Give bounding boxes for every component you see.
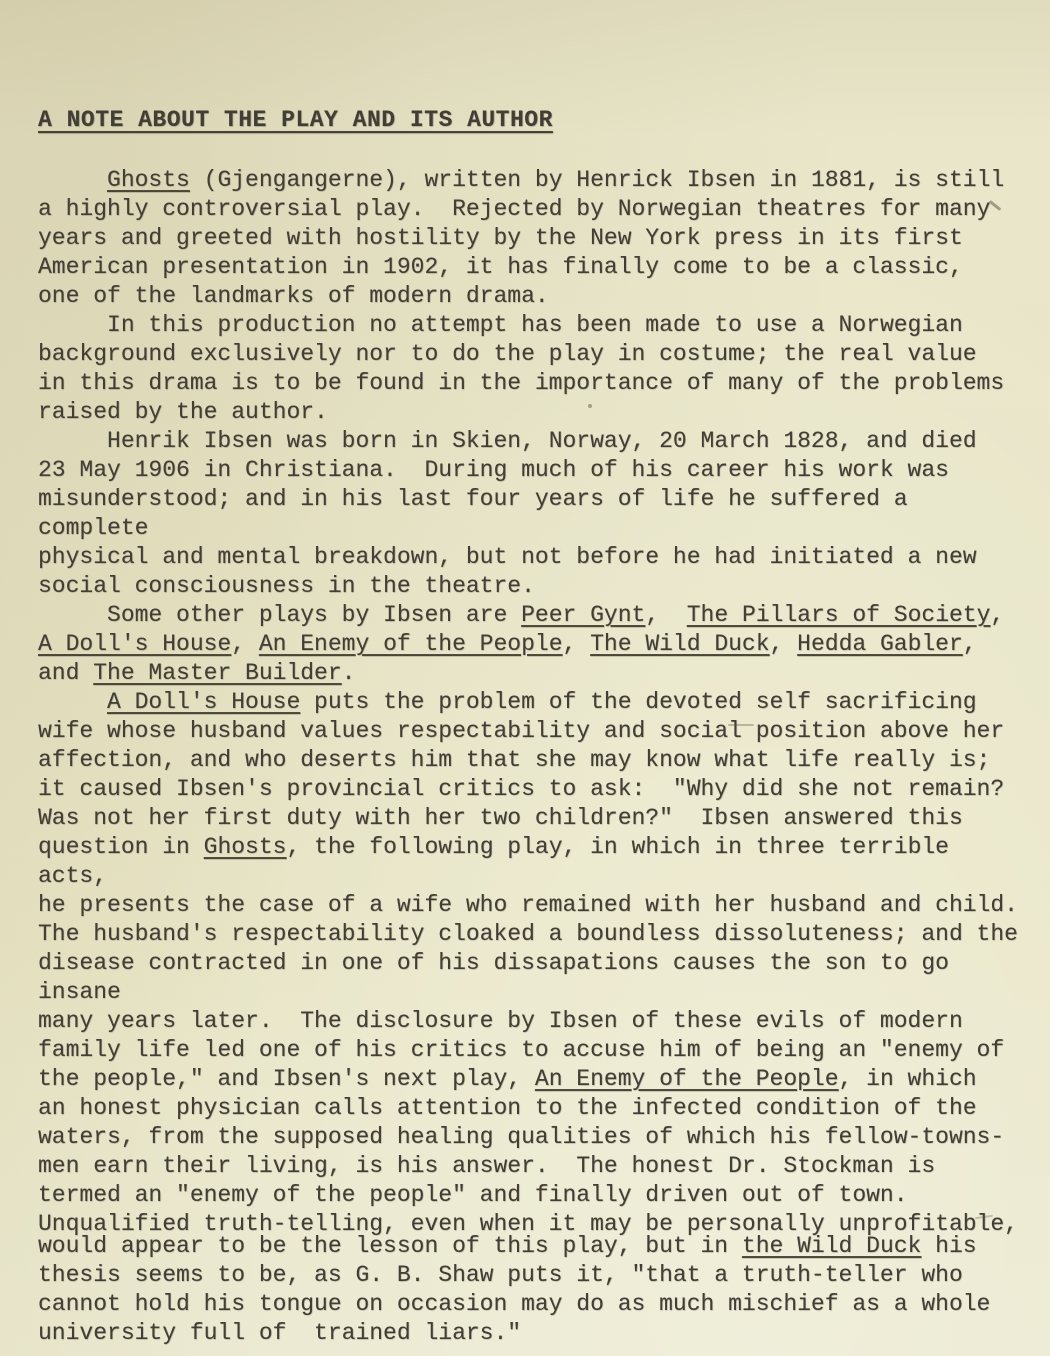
text-segment: the people," and Ibsen's next play,: [38, 1066, 535, 1092]
text-line: physical and mental breakdown, but not b…: [38, 543, 1020, 572]
text-line: A Doll's House, An Enemy of the People, …: [38, 630, 1020, 659]
text-segment: The husband's respectability cloaked a b…: [38, 921, 1018, 947]
text-line: 23 May 1906 in Christiana. During much o…: [38, 456, 1020, 485]
text-line: one of the landmarks of modern drama.: [38, 282, 1020, 311]
underlined-text: Hedda Gabler: [797, 631, 963, 657]
text-segment: wife whose husband values respectability…: [38, 718, 1004, 744]
text-segment: his: [921, 1233, 976, 1259]
text-line: Some other plays by Ibsen are Peer Gynt,…: [38, 601, 1020, 630]
text-line: cannot hold his tongue on occasion may d…: [38, 1290, 1020, 1319]
text-segment: thesis seems to be, as G. B. Shaw puts i…: [38, 1262, 963, 1288]
text-segment: Some other plays by Ibsen are: [38, 602, 521, 628]
text-line: years and greeted with hostility by the …: [38, 224, 1020, 253]
text-line: he presents the case of a wife who remai…: [38, 891, 1020, 920]
paragraph: Some other plays by Ibsen are Peer Gynt,…: [38, 601, 1020, 688]
underlined-text: An Enemy of the People: [259, 631, 563, 657]
text-line: termed an "enemy of the people" and fina…: [38, 1181, 1020, 1210]
text-line: the people," and Ibsen's next play, An E…: [38, 1065, 1020, 1094]
text-segment: he presents the case of a wife who remai…: [38, 892, 1018, 918]
underlined-text: The Master Builder: [93, 660, 341, 686]
text-line: university full of trained liars.": [38, 1319, 1020, 1348]
underlined-text: Peer Gynt: [521, 602, 645, 628]
text-line: men earn their living, is his answer. Th…: [38, 1152, 1020, 1181]
text-segment: ,: [645, 602, 686, 628]
underlined-text: Ghosts: [107, 167, 190, 193]
text-segment: puts the problem of the devoted self sac…: [300, 689, 976, 715]
text-segment: raised by the author.: [38, 399, 328, 425]
text-segment: family life led one of his critics to ac…: [38, 1037, 1004, 1063]
text-segment: .: [342, 660, 356, 686]
text-line: and The Master Builder.: [38, 659, 1020, 688]
text-segment: an honest physician calls attention to t…: [38, 1095, 977, 1121]
text-line: raised by the author.: [38, 398, 1020, 427]
document-page: A NOTE ABOUT THE PLAY AND ITS AUTHOR Gho…: [0, 0, 1050, 1356]
text-line: would appear to be the lesson of this pl…: [38, 1232, 1020, 1261]
text-segment: , in which: [839, 1066, 977, 1092]
underlined-text: the Wild Duck: [742, 1233, 921, 1259]
text-segment: years and greeted with hostility by the …: [38, 225, 963, 251]
text-segment: would appear to be the lesson of this pl…: [38, 1233, 742, 1259]
text-line: Henrik Ibsen was born in Skien, Norway, …: [38, 427, 1020, 456]
text-line: question in Ghosts, the following play, …: [38, 833, 1020, 891]
text-line: disease contracted in one of his dissapa…: [38, 949, 1020, 1007]
text-line: background exclusively nor to do the pla…: [38, 340, 1020, 369]
text-line: American presentation in 1902, it has fi…: [38, 253, 1020, 282]
text-line: Was not her first duty with her two chil…: [38, 804, 1020, 833]
text-line: misunderstood; and in his last four year…: [38, 485, 1020, 543]
paragraph: Ghosts (Gjengangerne), written by Henric…: [38, 166, 1020, 311]
text-line: many years later. The disclosure by Ibse…: [38, 1007, 1020, 1036]
text-segment: ,: [563, 631, 591, 657]
text-line: affection, and who deserts him that she …: [38, 746, 1020, 775]
text-segment: many years later. The disclosure by Ibse…: [38, 1008, 963, 1034]
text-segment: ,: [770, 631, 798, 657]
text-segment: waters, from the supposed healing qualit…: [38, 1124, 1004, 1150]
text-segment: [38, 689, 107, 715]
text-line: Ghosts (Gjengangerne), written by Henric…: [38, 166, 1020, 195]
text-segment: Was not her first duty with her two chil…: [38, 805, 963, 831]
text-line: A Doll's House puts the problem of the d…: [38, 688, 1020, 717]
text-segment: background exclusively nor to do the pla…: [38, 341, 977, 367]
text-segment: misunderstood; and in his last four year…: [38, 486, 921, 541]
document-body: Ghosts (Gjengangerne), written by Henric…: [38, 166, 1020, 1348]
text-line: thesis seems to be, as G. B. Shaw puts i…: [38, 1261, 1020, 1290]
text-line: a highly controversial play. Rejected by…: [38, 195, 1020, 224]
underlined-text: A Doll's House: [107, 689, 300, 715]
paragraph: A Doll's House puts the problem of the d…: [38, 688, 1020, 1348]
text-segment: ,: [231, 631, 259, 657]
underlined-text: An Enemy of the People: [535, 1066, 839, 1092]
text-line: waters, from the supposed healing qualit…: [38, 1123, 1020, 1152]
text-line: social consciousness in the theatre.: [38, 572, 1020, 601]
underlined-text: Ghosts: [204, 834, 287, 860]
text-line: it caused Ibsen's provincial critics to …: [38, 775, 1020, 804]
text-segment: men earn their living, is his answer. Th…: [38, 1153, 935, 1179]
text-segment: and: [38, 660, 93, 686]
text-segment: [38, 167, 107, 193]
underlined-text: The Wild Duck: [590, 631, 769, 657]
text-line: in this drama is to be found in the impo…: [38, 369, 1020, 398]
text-segment: cannot hold his tongue on occasion may d…: [38, 1291, 990, 1317]
text-segment: American presentation in 1902, it has fi…: [38, 254, 963, 280]
text-segment: physical and mental breakdown, but not b…: [38, 544, 977, 570]
text-segment: social consciousness in the theatre.: [38, 573, 535, 599]
paragraph: Henrik Ibsen was born in Skien, Norway, …: [38, 427, 1020, 601]
text-segment: in this drama is to be found in the impo…: [38, 370, 1004, 396]
text-segment: disease contracted in one of his dissapa…: [38, 950, 963, 1005]
text-segment: one of the landmarks of modern drama.: [38, 283, 549, 309]
text-segment: 23 May 1906 in Christiana. During much o…: [38, 457, 949, 483]
document-heading: A NOTE ABOUT THE PLAY AND ITS AUTHOR: [38, 106, 1020, 135]
text-segment: Henrik Ibsen was born in Skien, Norway, …: [38, 428, 977, 454]
paragraph: In this production no attempt has been m…: [38, 311, 1020, 427]
text-segment: question in: [38, 834, 204, 860]
text-segment: termed an "enemy of the people" and fina…: [38, 1182, 908, 1208]
text-segment: In this production no attempt has been m…: [38, 312, 963, 338]
text-line: The husband's respectability cloaked a b…: [38, 920, 1020, 949]
text-segment: (Gjengangerne), written by Henrick Ibsen…: [190, 167, 1004, 193]
text-segment: ,: [990, 602, 1004, 628]
text-line: In this production no attempt has been m…: [38, 311, 1020, 340]
underlined-text: The Pillars of Society: [687, 602, 991, 628]
text-segment: it caused Ibsen's provincial critics to …: [38, 776, 1004, 802]
text-segment: affection, and who deserts him that she …: [38, 747, 990, 773]
text-segment: a highly controversial play. Rejected by…: [38, 196, 990, 222]
text-line: wife whose husband values respectability…: [38, 717, 1020, 746]
text-segment: ,: [963, 631, 977, 657]
underlined-text: A Doll's House: [38, 631, 231, 657]
text-line: an honest physician calls attention to t…: [38, 1094, 1020, 1123]
text-line: family life led one of his critics to ac…: [38, 1036, 1020, 1065]
text-segment: university full of trained liars.": [38, 1320, 521, 1346]
